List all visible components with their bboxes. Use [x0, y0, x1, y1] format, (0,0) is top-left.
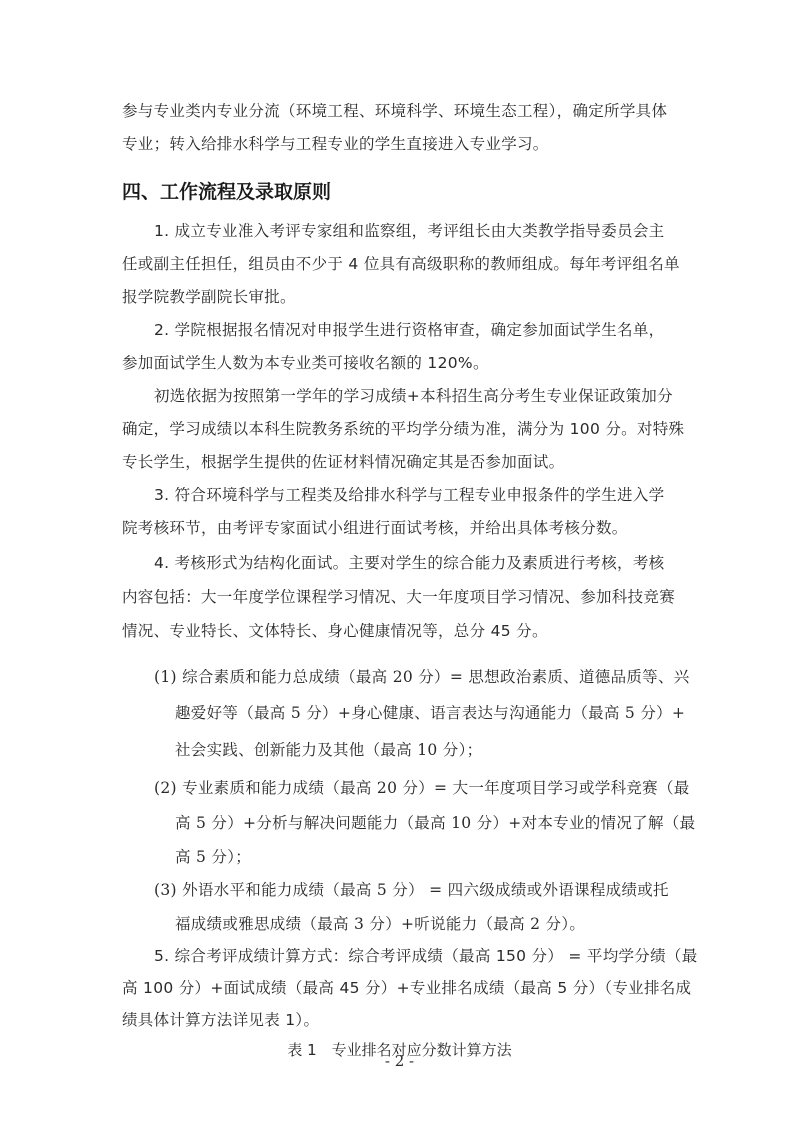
subitem-3-line: 福成绩或雅思成绩（最高 3 分）+听说能力（最高 2 分）。	[175, 914, 735, 934]
paragraph-line: 参与专业类内专业分流（环境工程、环境科学、环境生态工程），确定所学具体	[122, 101, 682, 121]
item-1-line: 1. 成立专业准入考评专家组和监察组，考评组长由大类教学指导委员会主	[154, 221, 714, 241]
subitem-2-line: (2) 专业素质和能力成绩（最高 20 分）= 大一年度项目学习或学科竞赛（最	[154, 778, 714, 798]
item-5-line: 绩具体计算方法详见表 1）。	[122, 1010, 682, 1030]
item-3-line: 3. 符合环境科学与工程类及给排水科学与工程专业申报条件的学生进入学	[154, 485, 714, 505]
paragraph-line: 专长学生，根据学生提供的佐证材料情况确定其是否参加面试。	[122, 452, 682, 472]
item-1-line: 报学院教学副院长审批。	[122, 287, 682, 307]
paragraph-line: 初选依据为按照第一学年的学习成绩+本科招生高分考生专业保证政策加分	[154, 386, 714, 406]
item-2-line: 2. 学院根据报名情况对申报学生进行资格审查，确定参加面试学生名单，	[154, 320, 714, 340]
item-5-line: 高 100 分）+面试成绩（最高 45 分）+专业排名成绩（最高 5 分）（专业…	[122, 978, 682, 998]
item-4-line: 内容包括：大一年度学位课程学习情况、大一年度项目学习情况、参加科技竞赛	[122, 587, 682, 607]
item-2-line: 参加面试学生人数为本专业类可接收名额的 120%。	[122, 353, 682, 373]
paragraph-line: 确定，学习成绩以本科生院教务系统的平均学分绩为准，满分为 100 分。对特殊	[122, 419, 682, 439]
section-heading: 四、工作流程及录取原则	[122, 180, 331, 204]
page-number: - 2 -	[0, 1052, 799, 1070]
item-1-line: 任或副主任担任，组员由不少于 4 位具有高级职称的教师组成。每年考评组名单	[122, 254, 682, 274]
subitem-1-line: (1) 综合素质和能力总成绩（最高 20 分）= 思想政治素质、道德品质等、兴	[154, 667, 714, 687]
item-4-line: 情况、专业特长、文体特长、身心健康情况等，总分 45 分。	[122, 621, 682, 641]
item-4-line: 4. 考核形式为结构化面试。主要对学生的综合能力及素质进行考核，考核	[154, 553, 714, 573]
item-3-line: 院考核环节，由考评专家面试小组进行面试考核，并给出具体考核分数。	[122, 518, 682, 538]
subitem-1-line: 趣爱好等（最高 5 分）+身心健康、语言表达与沟通能力（最高 5 分）+	[175, 703, 735, 723]
item-5-line: 5. 综合考评成绩计算方式：综合考评成绩（最高 150 分） = 平均学分绩（最	[154, 946, 714, 966]
document-page: 参与专业类内专业分流（环境工程、环境科学、环境生态工程），确定所学具体 专业；转…	[0, 0, 799, 1131]
subitem-2-line: 高 5 分）+分析与解决问题能力（最高 10 分）+对本专业的情况了解（最	[175, 813, 735, 833]
subitem-3-line: (3) 外语水平和能力成绩（最高 5 分） = 四六级成绩或外语课程成绩或托	[154, 880, 714, 900]
subitem-2-line: 高 5 分）；	[175, 847, 735, 867]
paragraph-line: 专业；转入给排水科学与工程专业的学生直接进入专业学习。	[122, 134, 682, 154]
subitem-1-line: 社会实践、创新能力及其他（最高 10 分）；	[175, 740, 735, 760]
